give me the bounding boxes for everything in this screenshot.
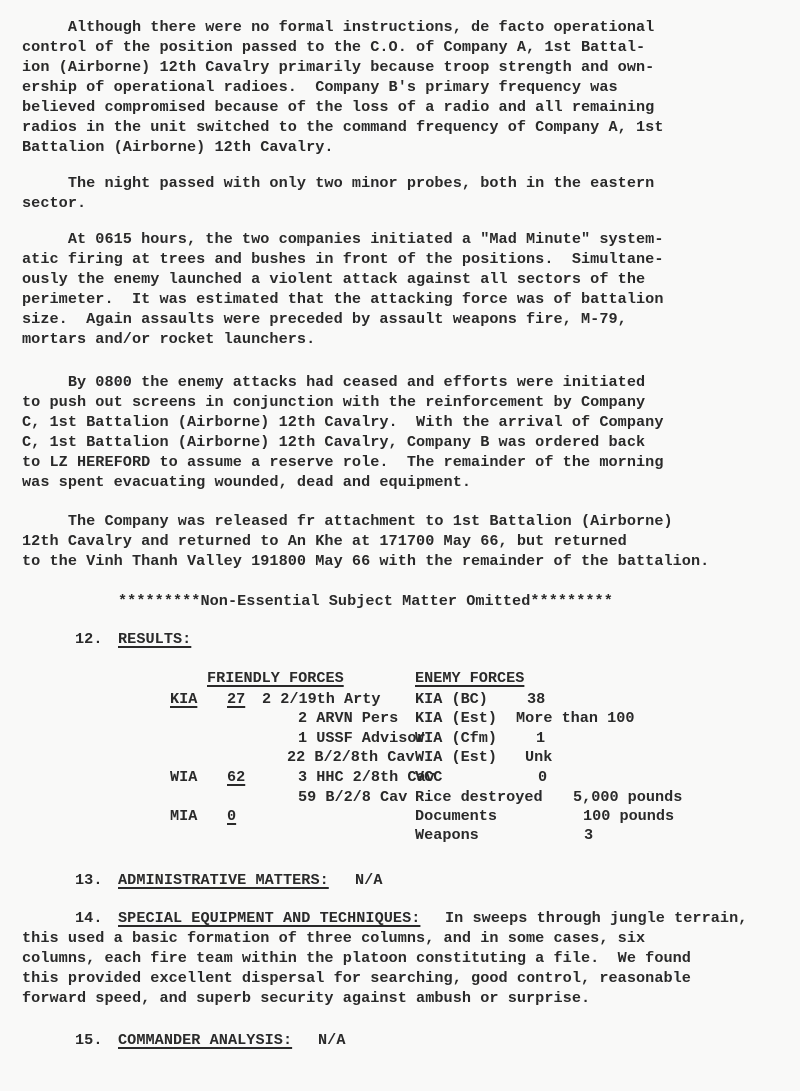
enemy-label: WIA (Cfm) <box>415 729 497 748</box>
friendly-detail: 2 2/19th Arty <box>262 690 380 709</box>
text-line: Battalion (Airborne) 12th Cavalry. <box>22 138 334 157</box>
enemy-value: 1 <box>536 729 545 748</box>
text-line: was spent evacuating wounded, dead and e… <box>22 473 471 492</box>
text-line: At 0615 hours, the two companies initiat… <box>22 230 663 249</box>
enemy-forces-header: ENEMY FORCES <box>415 669 524 688</box>
text-line: columns, each fire team within the plato… <box>22 949 691 968</box>
text-line: 12th Cavalry and returned to An Khe at 1… <box>22 532 627 551</box>
text-line: radios in the unit switched to the comma… <box>22 118 663 137</box>
friendly-forces-header: FRIENDLY FORCES <box>207 669 344 688</box>
text-line: to the Vinh Thanh Valley 191800 May 66 w… <box>22 552 709 571</box>
friendly-total: 0 <box>227 807 236 826</box>
omitted-note: *********Non-Essential Subject Matter Om… <box>118 592 613 611</box>
enemy-label: Weapons <box>415 826 479 845</box>
section-number: 14. <box>75 909 103 928</box>
enemy-label: KIA (Est) <box>415 709 497 728</box>
text-line: The Company was released fr attachment t… <box>22 512 673 531</box>
friendly-total: 62 <box>227 768 245 787</box>
friendly-total: 27 <box>227 690 245 709</box>
friendly-category: WIA <box>170 768 197 787</box>
friendly-category: KIA <box>170 690 197 709</box>
section-number: 13. <box>75 871 103 890</box>
enemy-value: 0 <box>538 768 547 787</box>
enemy-value: 100 pounds <box>583 807 674 826</box>
enemy-value: 5,000 pounds <box>573 788 682 807</box>
text-line: control of the position passed to the C.… <box>22 38 645 57</box>
text-line: The night passed with only two minor pro… <box>22 174 654 193</box>
friendly-detail: 22 B/2/8th Cav <box>287 748 415 767</box>
friendly-detail: 59 B/2/8 Cav <box>298 788 407 807</box>
text-line: size. Again assaults were preceded by as… <box>22 310 627 329</box>
text-line: sector. <box>22 194 86 213</box>
section-title: RESULTS: <box>118 630 191 649</box>
friendly-detail: 1 USSF Advisor <box>298 729 426 748</box>
text-line: ously the enemy launched a violent attac… <box>22 270 645 289</box>
text-line: By 0800 the enemy attacks had ceased and… <box>22 373 645 392</box>
text-line: atic firing at trees and bushes in front… <box>22 250 663 269</box>
text-line: Although there were no formal instructio… <box>22 18 654 37</box>
enemy-value: 38 <box>527 690 545 709</box>
text-line: ion (Airborne) 12th Cavalry primarily be… <box>22 58 654 77</box>
section-title: ADMINISTRATIVE MATTERS: <box>118 871 329 890</box>
section-title: SPECIAL EQUIPMENT AND TECHNIQUES: <box>118 909 420 928</box>
document-page: Although there were no formal instructio… <box>0 0 800 1091</box>
text-line: forward speed, and superb security again… <box>22 989 590 1008</box>
enemy-label: Documents <box>415 807 497 826</box>
enemy-label: WIA (Est) <box>415 748 497 767</box>
text-line: this provided excellent dispersal for se… <box>22 969 691 988</box>
text-line: perimeter. It was estimated that the att… <box>22 290 663 309</box>
text-line: In sweeps through jungle terrain, <box>445 909 747 928</box>
friendly-detail: 2 ARVN Pers <box>298 709 398 728</box>
section-value: N/A <box>318 1031 346 1050</box>
text-line: ership of operational radioes. Company B… <box>22 78 618 97</box>
enemy-value: 3 <box>584 826 593 845</box>
enemy-label: KIA (BC) <box>415 690 488 709</box>
friendly-category: MIA <box>170 807 197 826</box>
text-line: believed compromised because of the loss… <box>22 98 654 117</box>
text-line: to LZ HEREFORD to assume a reserve role.… <box>22 453 663 472</box>
text-line: C, 1st Battalion (Airborne) 12th Cavalry… <box>22 413 663 432</box>
section-title: COMMANDER ANALYSIS: <box>118 1031 292 1050</box>
text-line: mortars and/or rocket launchers. <box>22 330 315 349</box>
text-line: to push out screens in conjunction with … <box>22 393 645 412</box>
section-value: N/A <box>355 871 383 890</box>
section-number: 12. <box>75 630 103 649</box>
section-number: 15. <box>75 1031 103 1050</box>
enemy-label: Rice destroyed <box>415 788 543 807</box>
text-line: this used a basic formation of three col… <box>22 929 645 948</box>
enemy-label: VCC <box>415 768 442 787</box>
enemy-value: Unk <box>525 748 552 767</box>
enemy-value: More than 100 <box>516 709 634 728</box>
text-line: C, 1st Battalion (Airborne) 12th Cavalry… <box>22 433 645 452</box>
